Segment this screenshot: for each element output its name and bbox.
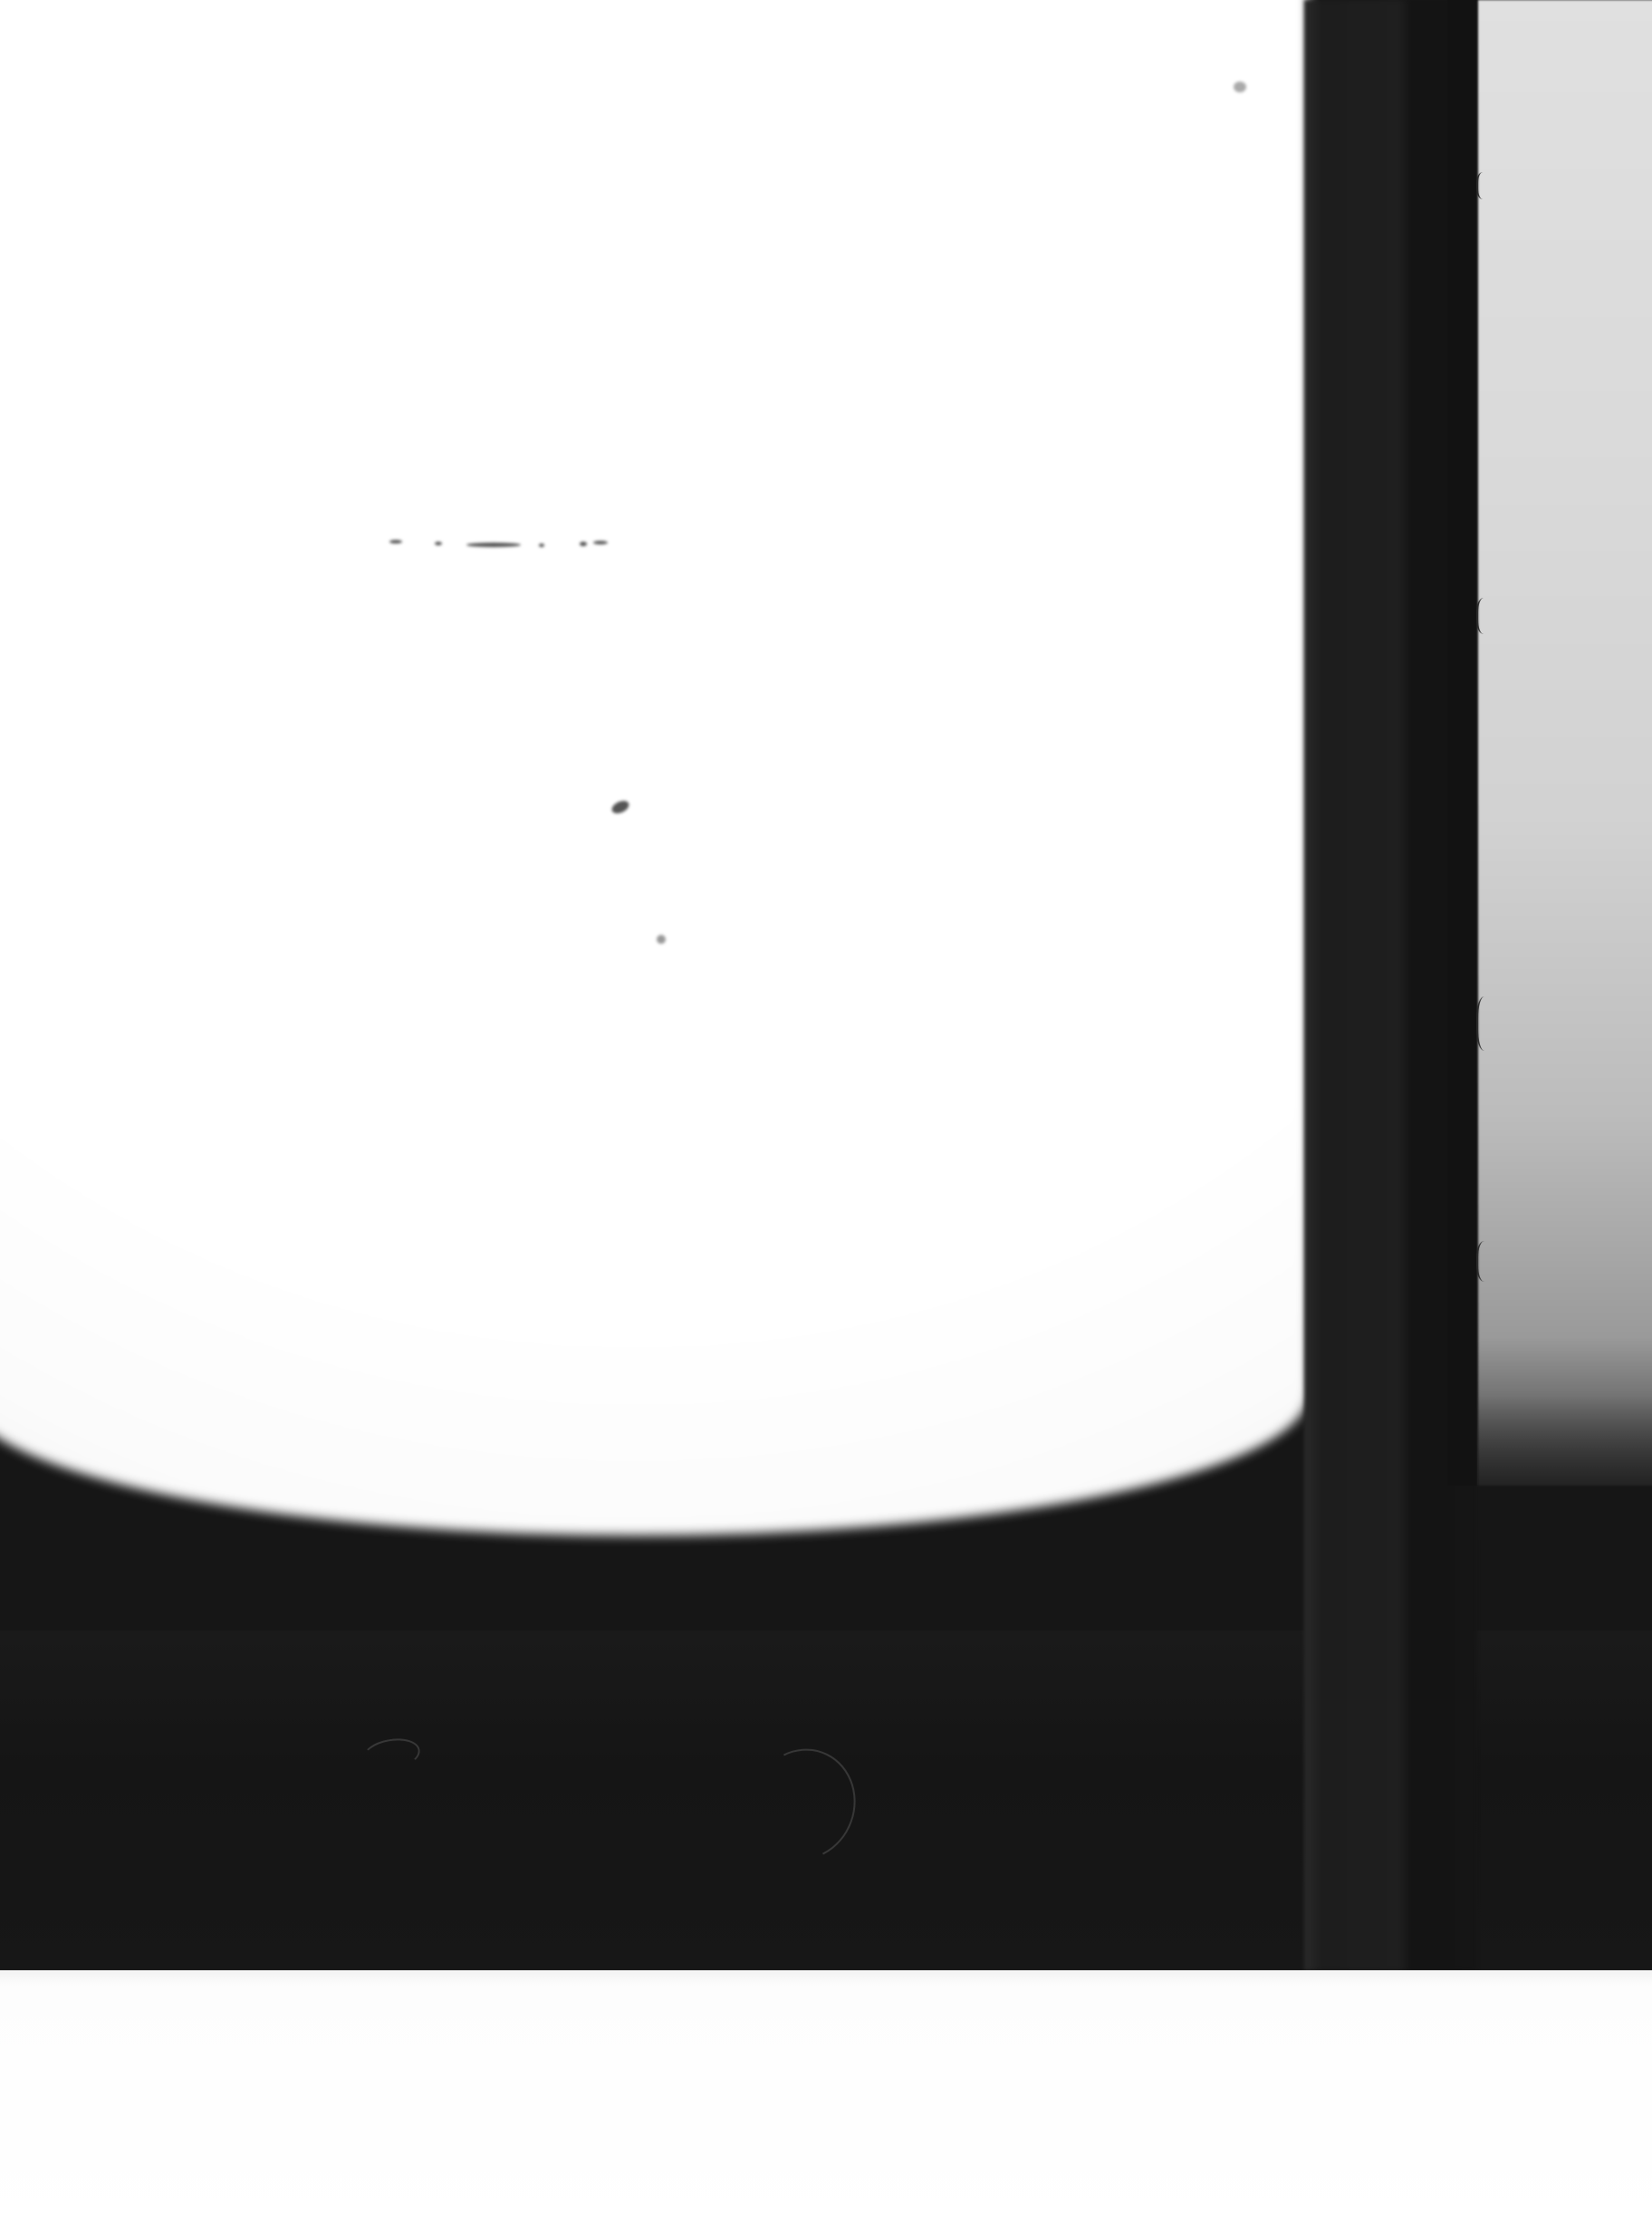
dust-hair: [1476, 172, 1493, 199]
dust-hair: [1476, 996, 1496, 1051]
dust-speck: [539, 544, 544, 547]
dust-speck: [389, 540, 402, 544]
dust-hair: [1476, 1241, 1496, 1282]
dust-speck: [435, 542, 442, 545]
film-scan: [0, 0, 1652, 1970]
paper-border: [0, 1970, 1652, 2232]
frame-divider-edge: [1447, 0, 1478, 1486]
dust-speck: [580, 542, 587, 546]
dust-speck: [657, 935, 666, 944]
dust-speck: [1234, 82, 1246, 92]
adjacent-frame-shadow: [1478, 1395, 1652, 1540]
dust-speck: [466, 543, 521, 547]
dust-speck: [593, 541, 608, 544]
adjacent-frame: [1478, 0, 1652, 1486]
dust-hair: [1476, 598, 1494, 634]
exposed-frame-area: [0, 0, 1309, 1535]
